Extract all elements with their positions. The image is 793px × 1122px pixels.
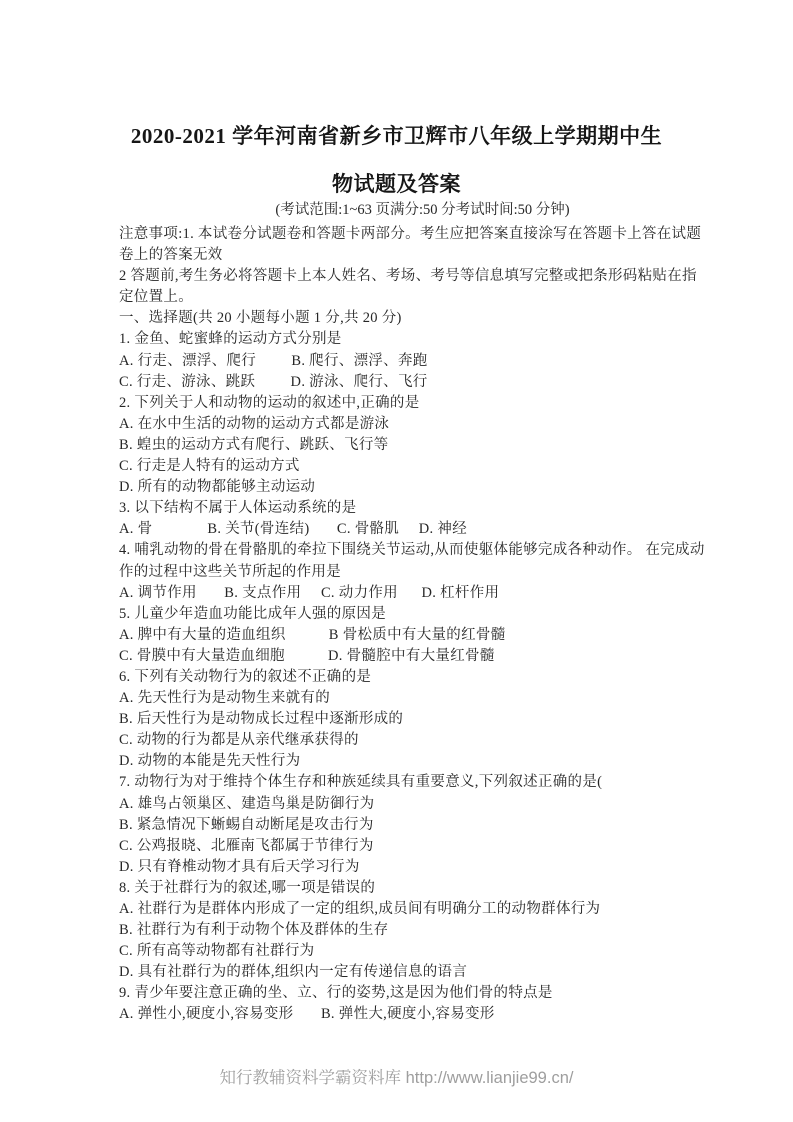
question-8-option-c: C. 所有高等动物都有社群行为 <box>119 941 719 962</box>
question-3: 3. 以下结构不属于人体运动系统的是 <box>119 498 719 519</box>
question-1: 1. 金鱼、蛇蜜蜂的运动方式分别是 <box>119 329 719 350</box>
question-5-options-ab: A. 脾中有大量的造血组织 B 骨松质中有大量的红骨髓 <box>119 625 719 646</box>
question-8-option-b: B. 社群行为有利于动物个体及群体的生存 <box>119 920 719 941</box>
question-4: 4. 哺乳动物的骨在骨骼肌的牵拉下围绕关节运动,从而使躯体能够完成各种动作。 在… <box>119 540 719 561</box>
notice-line: 注意事项:1. 本试卷分试题卷和答题卡两部分。考生应把答案直接涂写在答题卡上答在… <box>119 224 719 245</box>
question-1-options-ab: A. 行走、漂浮、爬行 B. 爬行、漂浮、奔跑 <box>119 351 719 372</box>
footer-watermark: 知行教辅资料学霸资料库 http://www.lianjie99.cn/ <box>0 1066 793 1090</box>
title-line-1: 2020-2021 学年河南省新乡市卫辉市八年级上学期期中生 <box>0 112 793 160</box>
question-7: 7. 动物行为对于维持个体生存和种族延续具有重要意义,下列叙述正确的是( <box>119 772 719 793</box>
question-6-option-c: C. 动物的行为都是从亲代继承获得的 <box>119 730 719 751</box>
question-7-option-d: D. 只有脊椎动物才具有后天学习行为 <box>119 857 719 878</box>
question-8-option-a: A. 社群行为是群体内形成了一定的组织,成员间有明确分工的动物群体行为 <box>119 899 719 920</box>
question-6-option-b: B. 后天性行为是动物成长过程中逐渐形成的 <box>119 709 719 730</box>
question-5: 5. 儿童少年造血功能比成年人强的原因是 <box>119 604 719 625</box>
question-6-option-d: D. 动物的本能是先天性行为 <box>119 751 719 772</box>
question-2: 2. 下列关于人和动物的运动的叙述中,正确的是 <box>119 393 719 414</box>
notice-line: 定位置上。 <box>119 287 719 308</box>
question-9-options-ab: A. 弹性小,硬度小,容易变形 B. 弹性大,硬度小,容易变形 <box>119 1004 719 1025</box>
question-9: 9. 青少年要注意正确的坐、立、行的姿势,这是因为他们骨的特点是 <box>119 983 719 1004</box>
question-8: 8. 关于社群行为的叙述,哪一项是错误的 <box>119 878 719 899</box>
notice-line: 2 答题前,考生务必将答题卡上本人姓名、考场、考号等信息填写完整或把条形码粘贴在… <box>119 266 719 287</box>
exam-info: (考试范围:1~63 页满分:50 分考试时间:50 分钟) <box>52 199 793 221</box>
question-7-option-b: B. 紧急情况下蜥蜴自动断尾是攻击行为 <box>119 815 719 836</box>
question-4-continued: 作的过程中这些关节所起的作用是 <box>119 562 719 583</box>
question-6-option-a: A. 先天性行为是动物生来就有的 <box>119 688 719 709</box>
question-2-option-c: C. 行走是人特有的运动方式 <box>119 456 719 477</box>
document-title: 2020-2021 学年河南省新乡市卫辉市八年级上学期期中生 物试题及答案 <box>0 112 793 208</box>
exam-body: 注意事项:1. 本试卷分试题卷和答题卡两部分。考生应把答案直接涂写在答题卡上答在… <box>119 224 719 1026</box>
question-7-option-c: C. 公鸡报晓、北雁南飞都属于节律行为 <box>119 836 719 857</box>
question-5-options-cd: C. 骨膜中有大量造血细胞 D. 骨髓腔中有大量红骨髓 <box>119 646 719 667</box>
question-2-option-d: D. 所有的动物都能够主动运动 <box>119 477 719 498</box>
question-8-option-d: D. 具有社群行为的群体,组织内一定有传递信息的语言 <box>119 962 719 983</box>
question-1-options-cd: C. 行走、游泳、跳跃 D. 游泳、爬行、飞行 <box>119 372 719 393</box>
exam-document-page: 2020-2021 学年河南省新乡市卫辉市八年级上学期期中生 物试题及答案 (考… <box>0 0 793 1122</box>
question-2-option-a: A. 在水中生活的动物的运动方式都是游泳 <box>119 414 719 435</box>
question-6: 6. 下列有关动物行为的叙述不正确的是 <box>119 667 719 688</box>
question-2-option-b: B. 蝗虫的运动方式有爬行、跳跃、飞行等 <box>119 435 719 456</box>
question-7-option-a: A. 雄鸟占领巢区、建造鸟巢是防御行为 <box>119 794 719 815</box>
notice-line: 卷上的答案无效 <box>119 245 719 266</box>
section-heading: 一、选择题(共 20 小题每小题 1 分,共 20 分) <box>119 308 719 329</box>
question-3-options: A. 骨 B. 关节(骨连结) C. 骨骼肌 D. 神经 <box>119 519 719 540</box>
question-4-options: A. 调节作用 B. 支点作用 C. 动力作用 D. 杠杆作用 <box>119 583 719 604</box>
